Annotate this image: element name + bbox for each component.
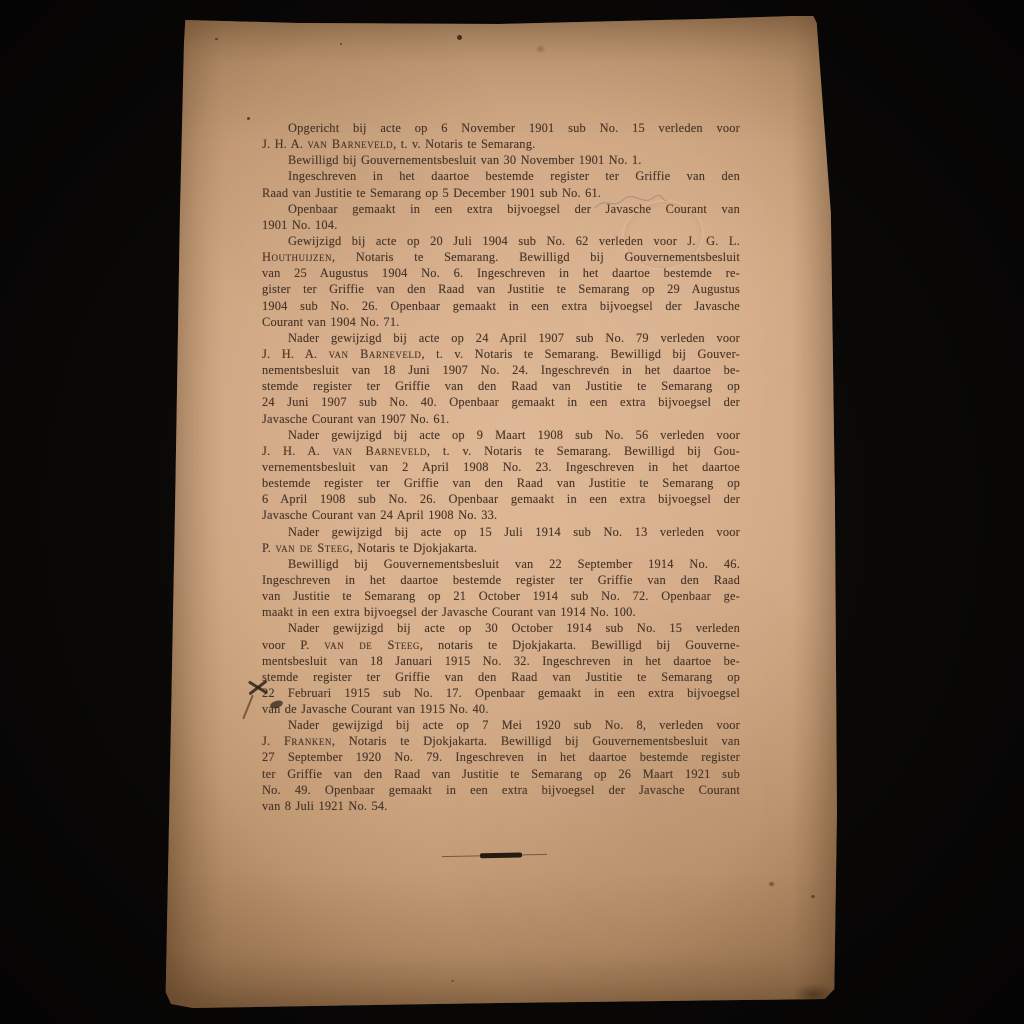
text-line: voor P. van de Steeg, notaris te Djokjak…	[262, 637, 740, 653]
person-name: van de Steeg	[275, 541, 349, 555]
text-run: , t. v. Notaris te Semarang. Bewilligd b…	[427, 444, 740, 458]
text-run: , Notaris te Djokjakarta.	[350, 541, 477, 555]
divider-thick-bar	[480, 852, 522, 858]
text-line: No. 49. Openbaar gemaakt in een extra bi…	[262, 782, 740, 798]
text-run: stemde register ter Griffie van den Raad…	[262, 379, 740, 393]
foxing-speck	[600, 366, 603, 368]
divider-rule	[442, 851, 547, 859]
text-run: Nader gewijzigd bij acte op 15 Juli 1914…	[288, 525, 740, 539]
text-run: van 25 Augustus 1904 No. 6. Ingeschreven…	[262, 266, 740, 280]
person-name: Houthuijzen	[262, 250, 332, 264]
foxing-speck	[340, 43, 342, 45]
foxing-speck	[457, 35, 462, 40]
text-run: Nader gewijzigd bij acte op 7 Mei 1920 s…	[288, 718, 740, 732]
text-line: ter Griffie van den Raad van Justitie te…	[262, 766, 740, 782]
text-run: 6 April 1908 sub No. 26. Openbaar gemaak…	[262, 492, 740, 506]
text-run: Javasche Courant van 1907 No. 61.	[262, 412, 449, 426]
text-line: mentsbesluit van 18 Januari 1915 No. 32.…	[262, 653, 740, 669]
paragraph-3: Ingeschreven in het daartoe bestemde reg…	[262, 168, 740, 200]
text-line: Gewijzigd bij acte op 20 Juli 1904 sub N…	[262, 233, 740, 249]
text-run: Nader gewijzigd bij acte op 9 Maart 1908…	[288, 428, 740, 442]
text-run: 24 Juni 1907 sub No. 40. Openbaar gemaak…	[262, 395, 740, 409]
foxing-speck	[215, 38, 218, 40]
paragraph-10: Nader gewijzigd bij acte op 30 October 1…	[262, 620, 740, 717]
text-run: stemde register ter Griffie van den Raad…	[262, 670, 740, 684]
ink-smudge-tail	[242, 695, 254, 720]
foxing-speck	[537, 46, 544, 52]
paragraph-1: Opgericht bij acte op 6 November 1901 su…	[262, 120, 740, 152]
text-run: J. H. A.	[262, 347, 329, 361]
damaged-corner	[787, 982, 833, 1004]
foxing-speck	[451, 980, 454, 982]
text-run: Bewilligd bij Gouvernementsbesluit van 2…	[288, 557, 740, 571]
text-run: 22 Februari 1915 sub No. 17. Openbaar ge…	[262, 686, 740, 700]
text-line: Courant van 1904 No. 71.	[262, 314, 740, 330]
text-line: Nader gewijzigd bij acte op 7 Mei 1920 s…	[262, 717, 740, 733]
ink-smudge-cross	[246, 679, 270, 696]
person-name: van Barneveld	[307, 137, 393, 151]
text-run: voor P.	[262, 638, 324, 652]
person-name: van Barneveld	[333, 444, 427, 458]
text-line: Nader gewijzigd bij acte op 30 October 1…	[262, 620, 740, 636]
text-run: , Notaris te Djokjakarta. Bewilligd bij …	[332, 734, 740, 748]
text-run: Raad van Justitie te Semarang op 5 Decem…	[262, 186, 601, 200]
foxing-speck	[811, 895, 815, 898]
text-run: bestemde register ter Griffie van den Ra…	[262, 476, 740, 490]
text-run: Courant van 1904 No. 71.	[262, 315, 400, 329]
photo-background: Opgericht bij acte op 6 November 1901 su…	[0, 0, 1024, 1024]
foxing-speck	[769, 882, 774, 886]
paragraph-9: Bewilligd bij Gouvernementsbesluit van 2…	[262, 556, 740, 621]
text-line: Nader gewijzigd bij acte op 9 Maart 1908…	[262, 427, 740, 443]
text-line: Nader gewijzigd bij acte op 24 April 190…	[262, 330, 740, 346]
text-line: 6 April 1908 sub No. 26. Openbaar gemaak…	[262, 491, 740, 507]
text-run: nementsbesluit van 18 Juni 1907 No. 24. …	[262, 363, 740, 377]
text-line: van 8 Juli 1921 No. 54.	[262, 798, 740, 814]
text-run: J.	[262, 734, 284, 748]
text-run: ter Griffie van den Raad van Justitie te…	[262, 767, 740, 781]
paragraph-6: Nader gewijzigd bij acte op 24 April 190…	[262, 330, 740, 427]
person-name: van Barneveld	[329, 347, 422, 361]
text-line: 24 Juni 1907 sub No. 40. Openbaar gemaak…	[262, 394, 740, 410]
person-name: van de Steeg	[324, 638, 420, 652]
text-run: mentsbesluit van 18 Januari 1915 No. 32.…	[262, 654, 740, 668]
text-line: van 25 Augustus 1904 No. 6. Ingeschreven…	[262, 265, 740, 281]
text-line: J. H. A. van Barneveld, t. v. Notaris te…	[262, 346, 740, 362]
text-run: J. H. A.	[262, 137, 307, 151]
text-line: 22 Februari 1915 sub No. 17. Openbaar ge…	[262, 685, 740, 701]
text-line: maakt in een extra bijvoegsel der Javasc…	[262, 604, 740, 620]
paragraph-8: Nader gewijzigd bij acte op 15 Juli 1914…	[262, 524, 740, 556]
text-run: , Notaris te Semarang. Bewilligd bij Gou…	[332, 250, 740, 264]
text-run: , t. v. Notaris te Semarang.	[393, 137, 535, 151]
text-line: J. H. A. van Barneveld, t. v. Notaris te…	[262, 136, 740, 152]
paragraph-11: Nader gewijzigd bij acte op 7 Mei 1920 s…	[262, 717, 740, 814]
text-run: No. 49. Openbaar gemaakt in een extra bi…	[262, 783, 740, 797]
text-line: stemde register ter Griffie van den Raad…	[262, 378, 740, 394]
paragraph-7: Nader gewijzigd bij acte op 9 Maart 1908…	[262, 427, 740, 524]
text-line: vernementsbesluit van 2 April 1908 No. 2…	[262, 459, 740, 475]
text-run: , t. v. Notaris te Semarang. Bewilligd b…	[421, 347, 740, 361]
paragraph-2: Bewilligd bij Gouvernementsbesluit van 3…	[262, 152, 740, 168]
paragraph-4: Openbaar gemaakt in een extra bijvoegsel…	[262, 201, 740, 233]
text-line: Ingeschreven in het daartoe bestemde reg…	[262, 572, 740, 588]
text-line: Bewilligd bij Gouvernementsbesluit van 2…	[262, 556, 740, 572]
text-run: vernementsbesluit van 2 April 1908 No. 2…	[262, 460, 740, 474]
text-run: Bewilligd bij Gouvernementsbesluit van 3…	[288, 153, 642, 167]
text-line: P. van de Steeg, Notaris te Djokjakarta.	[262, 540, 740, 556]
text-line: bestemde register ter Griffie van den Ra…	[262, 475, 740, 491]
text-run: J. H. A.	[262, 444, 333, 458]
text-line: van de Javasche Courant van 1915 No. 40.	[262, 701, 740, 717]
person-name: Franken	[284, 734, 332, 748]
text-run: van de Javasche Courant van 1915 No. 40.	[262, 702, 489, 716]
text-line: Raad van Justitie te Semarang op 5 Decem…	[262, 185, 740, 201]
text-run: Nader gewijzigd bij acte op 30 October 1…	[288, 621, 740, 635]
text-run: 1904 sub No. 26. Openbaar gemaakt in een…	[262, 299, 740, 313]
text-run: Ingeschreven in het daartoe bestemde reg…	[262, 573, 740, 587]
text-run: 27 September 1920 No. 79. Ingeschreven i…	[262, 750, 740, 764]
foxing-speck	[247, 117, 250, 120]
text-run: van 8 Juli 1921 No. 54.	[262, 799, 388, 813]
text-line: Openbaar gemaakt in een extra bijvoegsel…	[262, 201, 740, 217]
text-line: stemde register ter Griffie van den Raad…	[262, 669, 740, 685]
text-run: Gewijzigd bij acte op 20 Juli 1904 sub N…	[288, 234, 740, 248]
text-line: J. Franken, Notaris te Djokjakarta. Bewi…	[262, 733, 740, 749]
text-line: 1904 sub No. 26. Openbaar gemaakt in een…	[262, 298, 740, 314]
text-run: maakt in een extra bijvoegsel der Javasc…	[262, 605, 636, 619]
text-run: P.	[262, 541, 275, 555]
text-line: J. H. A. van Barneveld, t. v. Notaris te…	[262, 443, 740, 459]
text-line: 27 September 1920 No. 79. Ingeschreven i…	[262, 749, 740, 765]
text-line: Houthuijzen, Notaris te Semarang. Bewill…	[262, 249, 740, 265]
text-line: Opgericht bij acte op 6 November 1901 su…	[262, 120, 740, 136]
text-line: Javasche Courant van 24 April 1908 No. 3…	[262, 507, 740, 523]
document-text: Opgericht bij acte op 6 November 1901 su…	[262, 120, 740, 814]
text-line: 1901 No. 104.	[262, 217, 740, 233]
text-run: , notaris te Djokjakarta. Bewilligd bij …	[420, 638, 740, 652]
text-line: gister ter Griffie van den Raad van Just…	[262, 281, 740, 297]
text-run: Nader gewijzigd bij acte op 24 April 190…	[288, 331, 740, 345]
text-line: Javasche Courant van 1907 No. 61.	[262, 411, 740, 427]
text-run: gister ter Griffie van den Raad van Just…	[262, 282, 740, 296]
text-run: 1901 No. 104.	[262, 218, 338, 232]
document-page: Opgericht bij acte op 6 November 1901 su…	[163, 14, 839, 1010]
text-run: van Justitie te Semarang op 21 October 1…	[262, 589, 740, 603]
text-line: Ingeschreven in het daartoe bestemde reg…	[262, 168, 740, 184]
text-run: Opgericht bij acte op 6 November 1901 su…	[288, 121, 740, 135]
text-line: nementsbesluit van 18 Juni 1907 No. 24. …	[262, 362, 740, 378]
text-line: van Justitie te Semarang op 21 October 1…	[262, 588, 740, 604]
text-line: Bewilligd bij Gouvernementsbesluit van 3…	[262, 152, 740, 168]
text-run: Ingeschreven in het daartoe bestemde reg…	[288, 169, 740, 183]
paragraph-5: Gewijzigd bij acte op 20 Juli 1904 sub N…	[262, 233, 740, 330]
text-run: Openbaar gemaakt in een extra bijvoegsel…	[288, 202, 740, 216]
text-run: Javasche Courant van 24 April 1908 No. 3…	[262, 508, 497, 522]
text-line: Nader gewijzigd bij acte op 15 Juli 1914…	[262, 524, 740, 540]
